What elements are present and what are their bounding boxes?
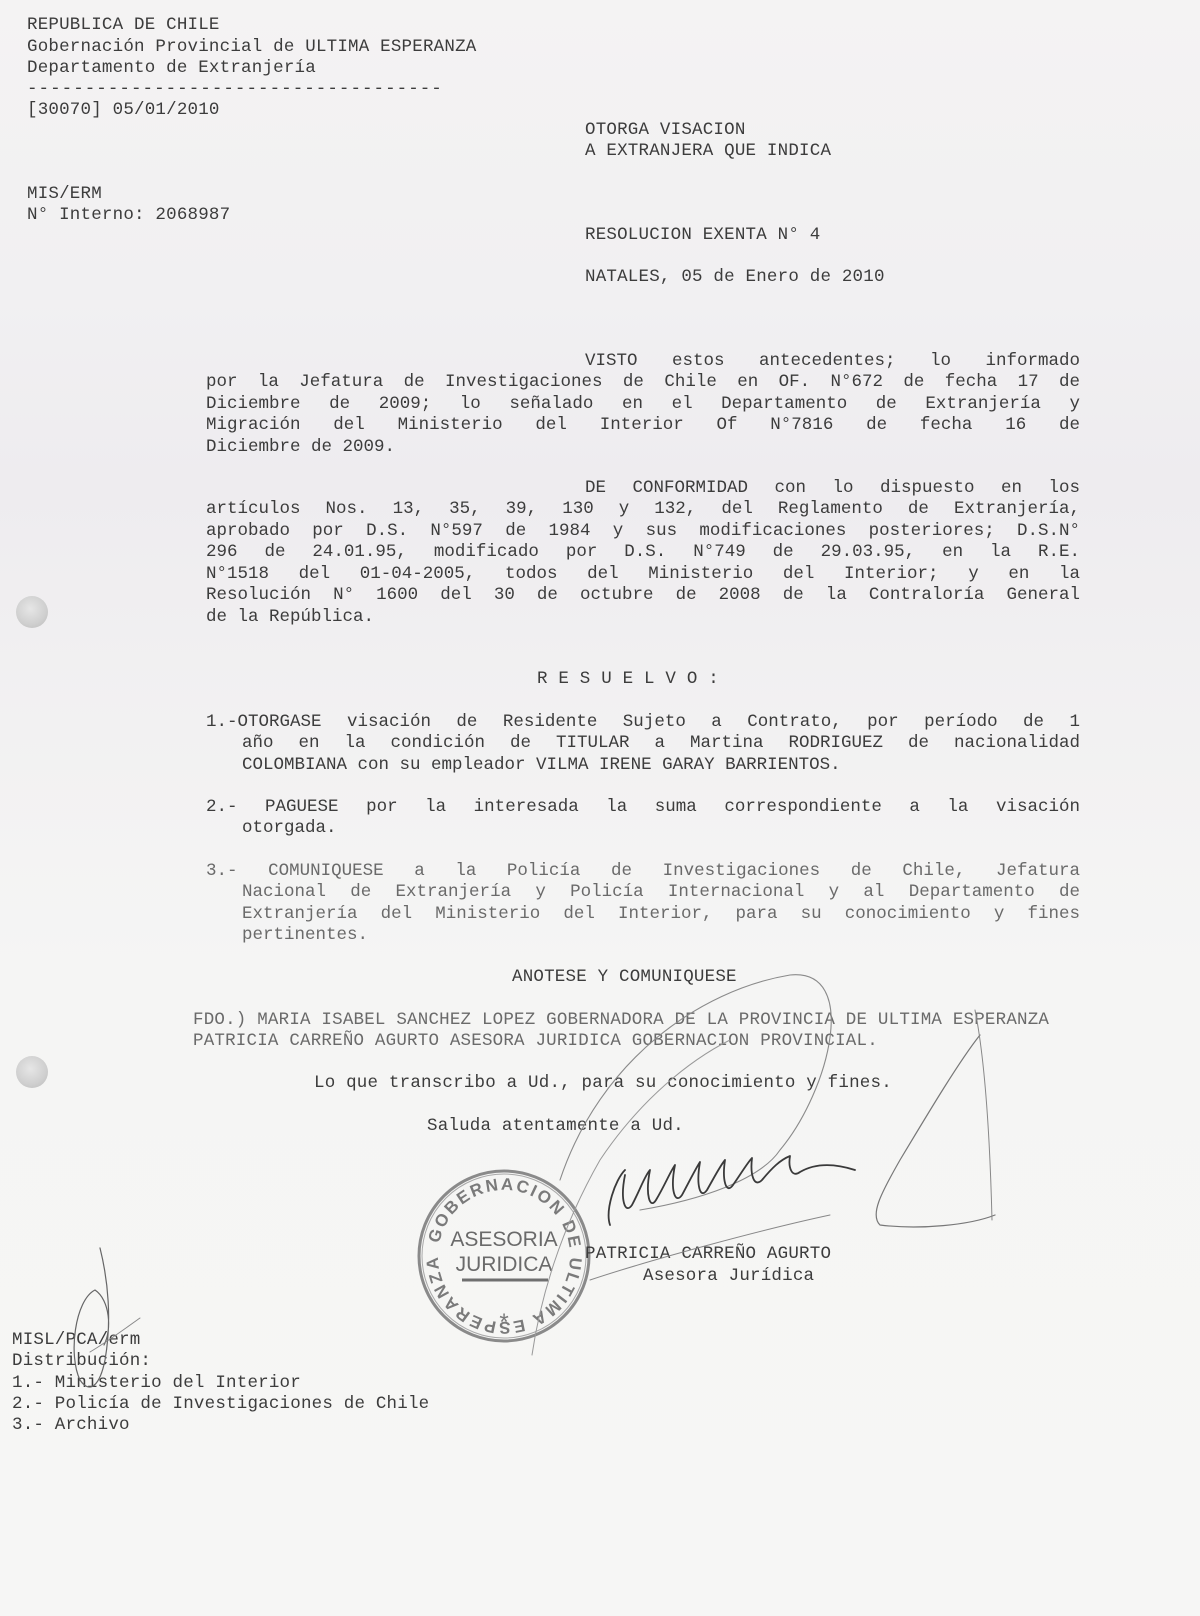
stamp-star: * xyxy=(499,1309,508,1336)
distribution-item: 3.- Archivo xyxy=(12,1415,130,1437)
signed-by-line-2: PATRICIA CARREÑO AGURTO ASESORA JURIDICA… xyxy=(193,1031,878,1053)
conformidad-line: artículos Nos. 13, 35, 39, 130 y 132, de… xyxy=(206,499,1080,521)
item-line: 1.-OTORGASE visación de Residente Sujeto… xyxy=(206,712,1080,734)
signed-by-line-1: FDO.) MARIA ISABEL SANCHEZ LOPEZ GOBERNA… xyxy=(193,1010,1049,1032)
visto-line: por la Jefatura de Investigaciones de Ch… xyxy=(206,372,1080,394)
document-page: REPUBLICA DE CHILE Gobernación Provincia… xyxy=(0,0,1164,1616)
conformidad-line: Resolución N° 1600 del 30 de octubre de … xyxy=(206,585,1080,607)
subject-line-2: A EXTRANJERA QUE INDICA xyxy=(585,141,831,163)
item-line: 3.- COMUNIQUESE a la Policía de Investig… xyxy=(206,861,1080,883)
distribution-item: 2.- Policía de Investigaciones de Chile xyxy=(12,1394,429,1416)
resuelvo-heading: R E S U E L V O : xyxy=(537,669,719,691)
item-line: COLOMBIANA con su empleador VILMA IRENE … xyxy=(242,755,1080,777)
distribution-label: Distribución: xyxy=(12,1351,151,1373)
department-name: Departamento de Extranjería xyxy=(27,58,316,80)
header-rule: ------------------------------------ xyxy=(27,79,443,101)
item-line: otorgada. xyxy=(242,818,1080,840)
item-line: pertinentes. xyxy=(242,925,1080,947)
visto-line: Diciembre de 2009. xyxy=(206,437,1080,459)
conformidad-line: 296 de 24.01.95, modificado por D.S. N°7… xyxy=(206,542,1080,564)
stamp-center-line-1: ASESORIA xyxy=(450,1228,557,1251)
author-initials: MIS/ERM xyxy=(27,184,102,206)
anotese-line: ANOTESE Y COMUNIQUESE xyxy=(512,967,737,989)
subject-line-1: OTORGA VISACION xyxy=(585,120,746,142)
visto-line: Migración del Ministerio del Interior Of… xyxy=(206,415,1080,437)
typist-initials: MISL/PCA/erm xyxy=(12,1330,140,1352)
official-stamp: GOBERNACION DE ULTIMA ESPERANZA ASESORIA… xyxy=(416,1168,592,1344)
visto-line: Diciembre de 2009; lo señalado en el Dep… xyxy=(206,394,1080,416)
transcription-line: Lo que transcribo a Ud., para su conocim… xyxy=(314,1073,892,1095)
visto-line: VISTO estos antecedentes; lo informado xyxy=(585,351,1080,373)
distribution-item: 1.- Ministerio del Interior xyxy=(12,1373,301,1395)
punch-hole-top xyxy=(16,596,48,628)
place-and-date: NATALES, 05 de Enero de 2010 xyxy=(585,267,885,289)
conformidad-line: aprobado por D.S. N°597 de 1984 y sus mo… xyxy=(206,521,1080,543)
item-line: Nacional de Extranjería y Policía Intern… xyxy=(242,882,1080,904)
signatory-name: PATRICIA CARREÑO AGURTO xyxy=(585,1244,831,1266)
signatory-title: Asesora Jurídica xyxy=(643,1266,814,1288)
reference-date: [30070] 05/01/2010 xyxy=(27,100,220,122)
conformidad-line: de la República. xyxy=(206,607,1080,629)
country-name: REPUBLICA DE CHILE xyxy=(27,15,220,37)
item-line: año en la condición de TITULAR a Martina… xyxy=(242,733,1080,755)
item-line: 2.- PAGUESE por la interesada la suma co… xyxy=(206,797,1080,819)
resolution-number: RESOLUCION EXENTA N° 4 xyxy=(585,225,820,247)
conformidad-line: N°1518 del 01-04-2005, todos del Ministe… xyxy=(206,564,1080,586)
punch-hole-bottom xyxy=(16,1056,48,1088)
item-line: Extranjería del Ministerio del Interior,… xyxy=(242,904,1080,926)
internal-number: N° Interno: 2068987 xyxy=(27,205,230,227)
conformidad-line: DE CONFORMIDAD con lo dispuesto en los xyxy=(585,478,1080,500)
stamp-center-line-2: JURIDICA xyxy=(456,1253,553,1276)
greeting-line: Saluda atentamente a Ud. xyxy=(427,1116,684,1138)
office-name: Gobernación Provincial de ULTIMA ESPERAN… xyxy=(27,37,476,59)
